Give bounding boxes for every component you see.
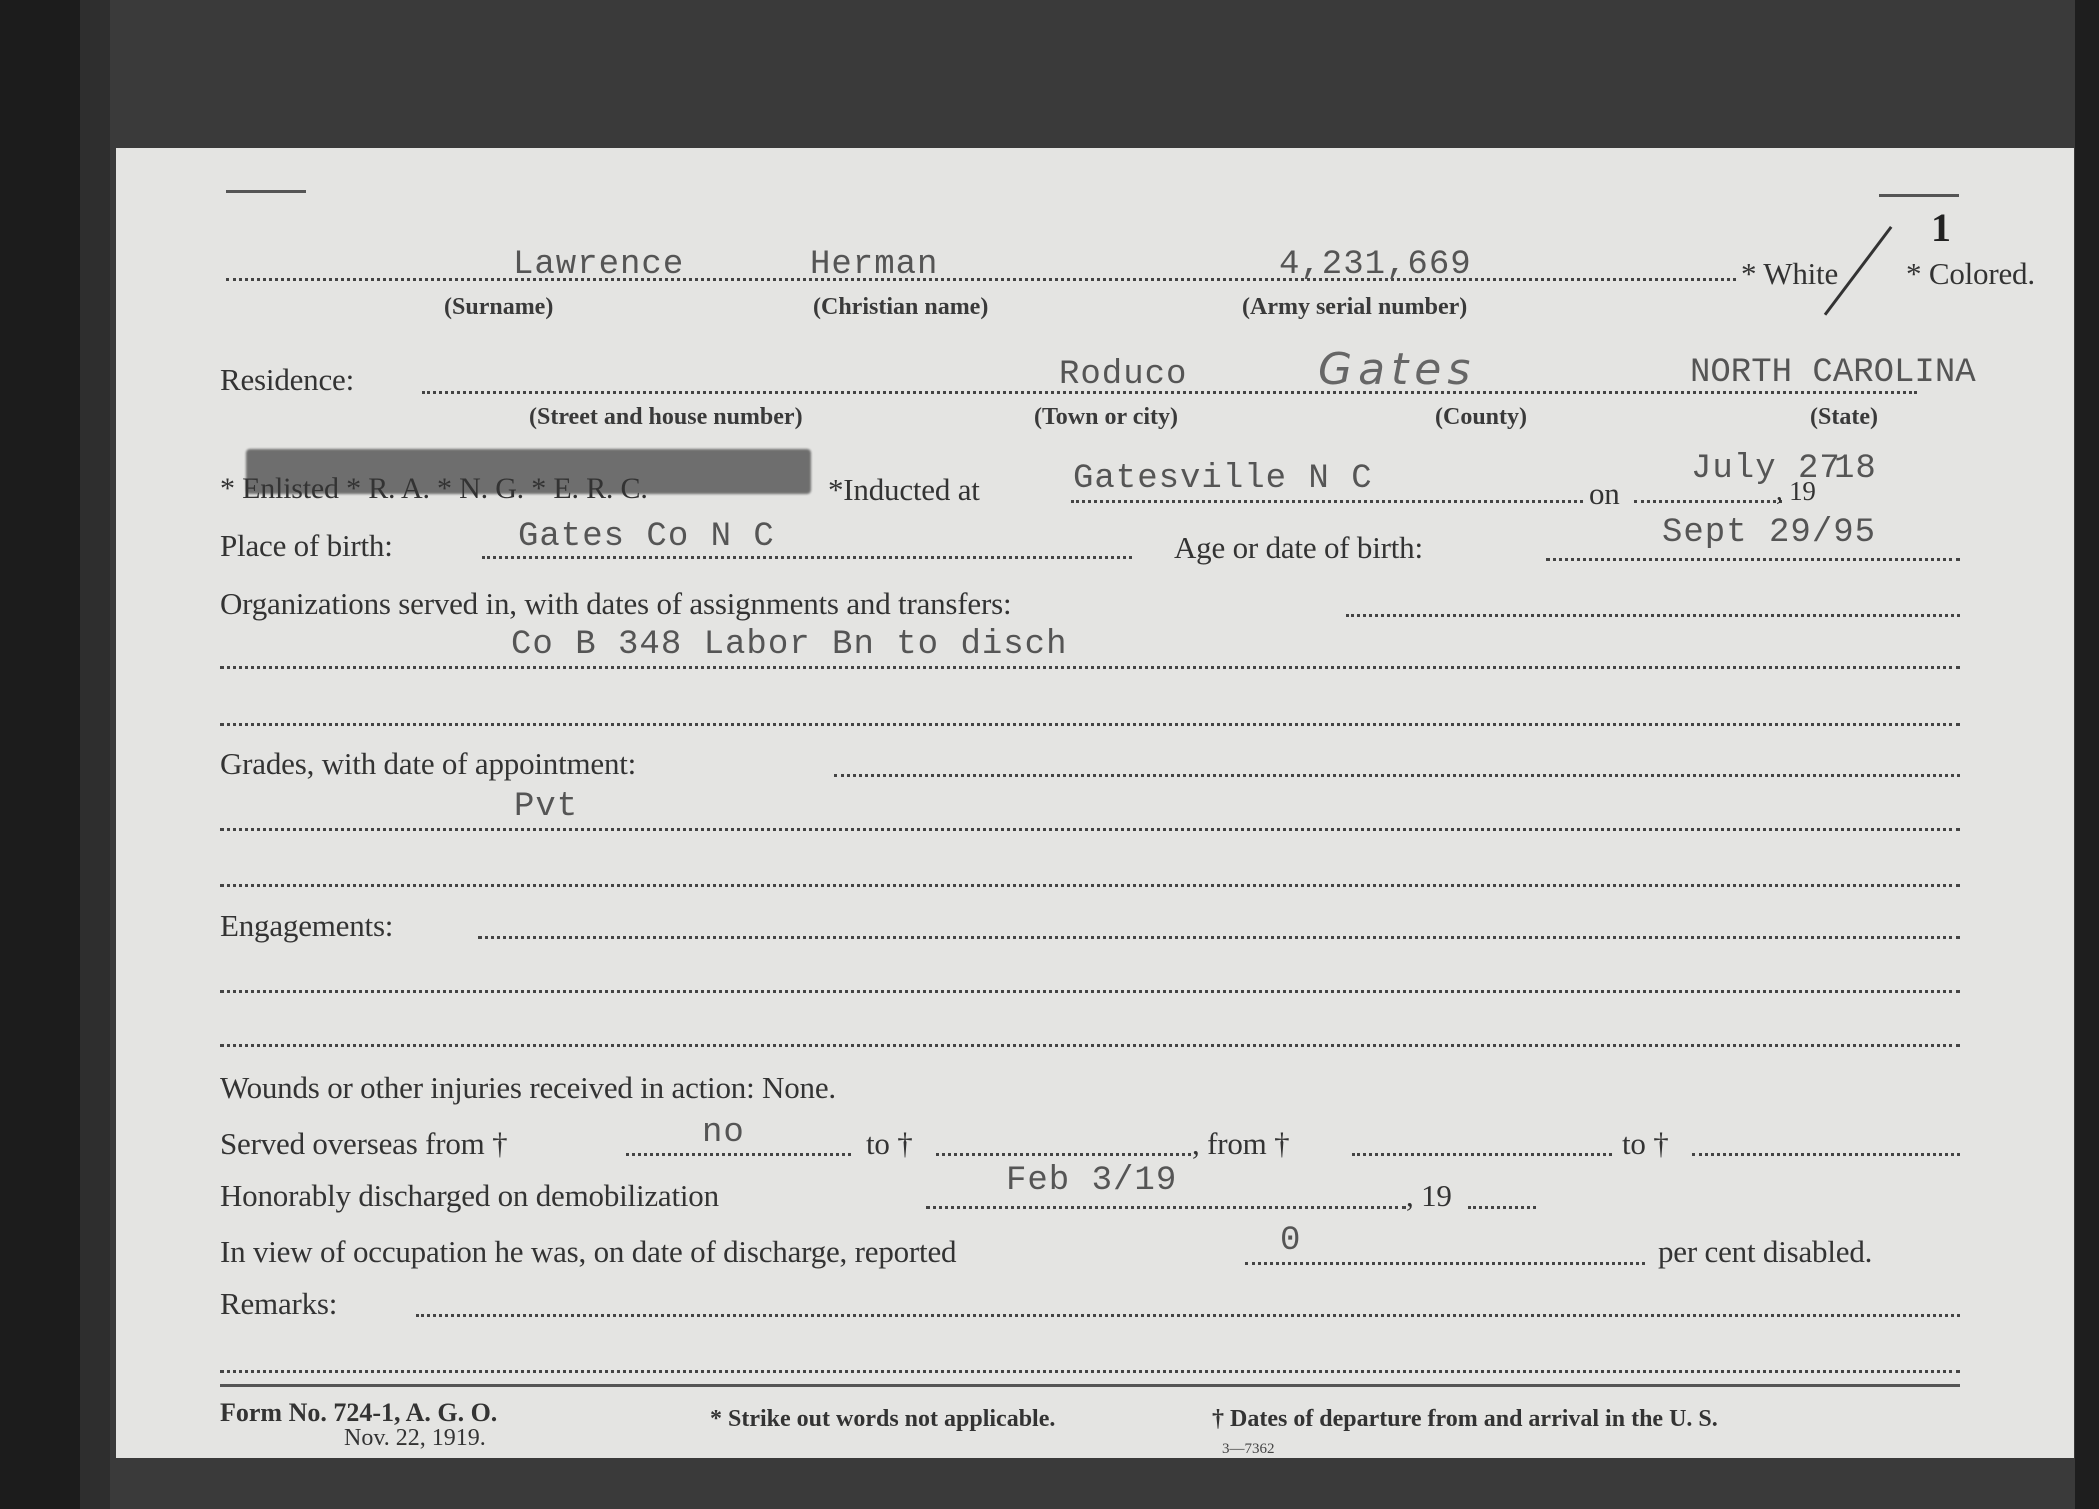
induction-date-line [1634, 500, 1782, 503]
overseas-from-value: no [702, 1114, 745, 1152]
discharge-date-value: Feb 3/19 [1006, 1162, 1177, 1200]
discharge-label: Honorably discharged on demobilization [220, 1178, 719, 1214]
serial-caption: (Army serial number) [1242, 294, 1467, 321]
enlistment-options: * Enlisted * R. A. * N. G. * E. R. C. [220, 472, 648, 506]
residence-town-value: Roduco [1059, 356, 1187, 394]
state-caption: (State) [1810, 404, 1878, 431]
scan-background-left-inner [80, 0, 110, 1509]
serial-number-value: 4,231,669 [1279, 246, 1472, 284]
dagger-note: † Dates of departure from and arrival in… [1212, 1406, 1718, 1433]
inducted-at-line [1071, 500, 1583, 503]
overseas-from2-line [1352, 1153, 1612, 1156]
overseas-from-line [626, 1153, 851, 1156]
street-caption: (Street and house number) [529, 404, 803, 431]
print-code: 3—7362 [1222, 1441, 1275, 1458]
grades-line-0 [834, 774, 1960, 777]
inducted-at-value: Gatesville N C [1073, 460, 1373, 498]
discharge-year-label: , 19 [1406, 1178, 1452, 1214]
overseas-to-line [936, 1153, 1191, 1156]
disability-label: In view of occupation he was, on date of… [220, 1234, 956, 1270]
organizations-line-2 [220, 723, 1960, 726]
grade-value: Pvt [514, 788, 578, 826]
place-of-birth-line [482, 556, 1132, 559]
on-label: on [1589, 476, 1620, 512]
top-right-rule [1879, 194, 1959, 197]
overseas-from2-label: , from † [1192, 1126, 1289, 1162]
disability-suffix: per cent disabled. [1658, 1234, 1872, 1270]
top-left-rule [226, 190, 306, 193]
place-of-birth-label: Place of birth: [220, 528, 393, 564]
service-record-card: 1 Lawrence Herman 4,231,669 (Surname) (C… [116, 148, 2074, 1458]
organizations-value: Co B 348 Labor Bn to disch [511, 626, 1068, 664]
grades-line-1 [220, 828, 1960, 831]
strike-note: * Strike out words not applicable. [710, 1406, 1055, 1433]
overseas-to-label: to † [866, 1126, 913, 1162]
place-of-birth-value: Gates Co N C [518, 518, 775, 556]
town-caption: (Town or city) [1034, 404, 1178, 431]
engagements-label: Engagements: [220, 908, 393, 944]
county-caption: (County) [1435, 404, 1527, 431]
footer-rule [220, 1384, 1960, 1387]
christian-name-value: Herman [810, 246, 938, 284]
engagements-line-2 [220, 1044, 1960, 1047]
surname-caption: (Surname) [444, 294, 553, 321]
remarks-line-1 [220, 1370, 1960, 1373]
race-colored-option: * Colored. [1906, 256, 2035, 292]
form-date: Nov. 22, 1919. [344, 1425, 486, 1452]
overseas-to2-line [1692, 1153, 1960, 1156]
race-white-option: * White [1741, 256, 1838, 292]
scan-background-left [0, 0, 80, 1509]
induction-year-value: 18 [1834, 450, 1877, 488]
residence-county-value: Gates [1318, 344, 1476, 395]
card-number: 1 [1931, 204, 1951, 251]
organizations-line-1 [220, 666, 1960, 669]
residence-label: Residence: [220, 362, 354, 398]
inducted-at-label: *Inducted at [828, 472, 980, 508]
grades-line-2 [220, 884, 1960, 887]
name-line [226, 278, 1736, 281]
grades-label: Grades, with date of appointment: [220, 746, 636, 782]
age-line [1546, 558, 1960, 561]
discharge-date-line [926, 1206, 1406, 1209]
discharge-year-line [1468, 1206, 1536, 1209]
remarks-line-0 [416, 1314, 1960, 1317]
christian-caption: (Christian name) [813, 294, 988, 321]
organizations-line-0 [1346, 614, 1960, 617]
engagements-line-1 [220, 990, 1960, 993]
overseas-to2-label: to † [1622, 1126, 1669, 1162]
disability-line [1245, 1262, 1645, 1265]
induction-date-value: July 27 [1691, 450, 1841, 488]
surname-value: Lawrence [513, 246, 684, 284]
scan-background-right [2075, 0, 2099, 1509]
overseas-from-label: Served overseas from † [220, 1126, 507, 1162]
wounds-label: Wounds or other injuries received in act… [220, 1070, 836, 1106]
organizations-label: Organizations served in, with dates of a… [220, 586, 1011, 622]
form-number: Form No. 724-1, A. G. O. [220, 1398, 497, 1428]
date-of-birth-value: Sept 29/95 [1662, 514, 1876, 552]
residence-state-value: NORTH CAROLINA [1690, 354, 1976, 392]
engagements-line-0 [478, 936, 1960, 939]
remarks-label: Remarks: [220, 1286, 337, 1322]
disability-percent-value: 0 [1280, 1222, 1301, 1260]
age-label: Age or date of birth: [1174, 530, 1423, 566]
induction-year-prefix: , 19 [1776, 476, 1816, 507]
